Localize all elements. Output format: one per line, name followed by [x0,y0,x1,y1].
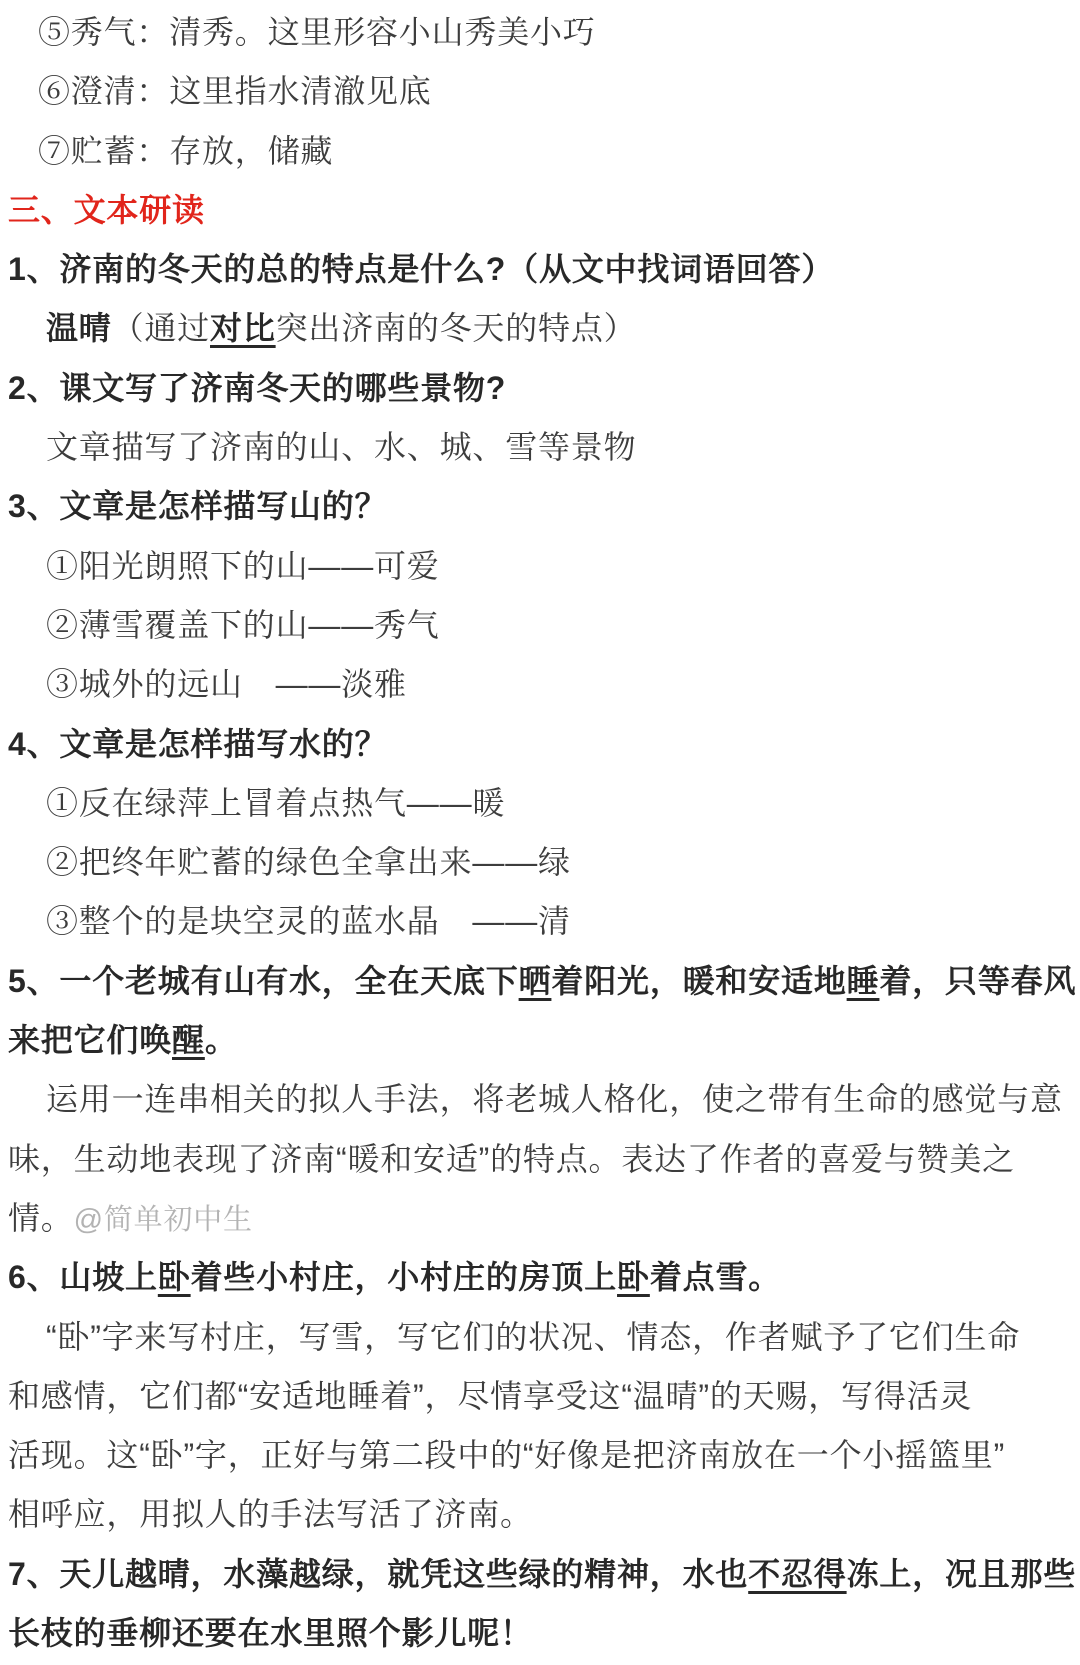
text-segment: 突出济南的冬天的特点） [276,310,637,346]
text-segment: 6、山坡上 [8,1259,158,1295]
gloss-item-5: ⑤秀气：清秀。这里形容小山秀美小巧 [0,3,1080,62]
text-segment: 2、课文写了济南冬天的哪些景物? [8,370,506,406]
gloss-item-6: ⑥澄清：这里指水清澈见底 [0,62,1080,121]
text-segment: 着些小村庄，小村庄的房顶上 [191,1259,617,1295]
text-segment: 着阳光，暖和安适地 [551,963,846,999]
text-segment: 温晴 [46,310,112,346]
text-segment: 三、文本研读 [8,192,205,228]
text-segment: 着点雪。 [650,1259,781,1295]
text-segment: 醒 [172,1022,205,1058]
section-heading: 三、文本研读 [0,181,1080,240]
text-segment: 3、文章是怎样描写山的？ [8,488,387,524]
text-segment: ③城外的远山 ——淡雅 [46,666,407,702]
text-segment: （通过 [112,310,210,346]
text-segment: 味，生动地表现了济南“暖和安适”的特点。表达了作者的喜爱与赞美之 [8,1141,1015,1177]
question-6: 6、山坡上卧着些小村庄，小村庄的房顶上卧着点雪。 [0,1248,1080,1307]
text-segment: 活现。这“卧”字，正好与第二段中的“好像是把济南放在一个小摇篮里” [8,1437,1005,1473]
answer-6-line-1: “卧”字来写村庄，写雪，写它们的状况、情态，作者赋予了它们生命 [0,1308,1080,1367]
answer-3-item-3: ③城外的远山 ——淡雅 [0,655,1080,714]
text-segment: 运用一连串相关的拟人手法，将老城人格化，使之带有生命的感觉与意 [46,1081,1063,1117]
answer-6-line-2: 和感情，它们都“安适地睡着”，尽情享受这“温晴”的天赐，写得活灵 [0,1367,1080,1426]
answer-3-item-2: ②薄雪覆盖下的山——秀气 [0,596,1080,655]
text-segment: 5、一个老城有山有水，全在天底下 [8,963,519,999]
text-segment: ②薄雪覆盖下的山——秀气 [46,607,440,643]
answer-4-item-2: ②把终年贮蓄的绿色全拿出来——绿 [0,833,1080,892]
text-segment: ①阳光朗照下的山——可爱 [46,548,440,584]
text-segment: 相呼应，用拟人的手法写活了济南。 [8,1496,533,1532]
text-segment: 冻上，况且那些 [847,1556,1077,1592]
text-segment: 7、天儿越晴，水藻越绿，就凭这些绿的精神，水也 [8,1556,748,1592]
document-body: ⑤秀气：清秀。这里形容小山秀美小巧⑥澄清：这里指水清澈见底⑦贮蓄：存放，储藏三、… [0,0,1080,1663]
question-3: 3、文章是怎样描写山的？ [0,477,1080,536]
answer-5-line-3: 情。@简单初中生 [0,1189,1080,1248]
text-segment: ⑥澄清：这里指水清澈见底 [38,73,432,109]
text-segment: 睡 [847,963,880,999]
text-segment: 长枝的垂柳还要在水里照个影儿呢！ [8,1615,533,1651]
text-segment: “卧”字来写村庄，写雪，写它们的状况、情态，作者赋予了它们生命 [46,1319,1020,1355]
text-segment: ③整个的是块空灵的蓝水晶 ——清 [46,903,571,939]
text-segment: ②把终年贮蓄的绿色全拿出来——绿 [46,844,571,880]
text-segment: 卧 [158,1259,191,1295]
answer-1: 温晴（通过对比突出济南的冬天的特点） [0,299,1080,358]
question-1: 1、济南的冬天的总的特点是什么?（从文中找词语回答） [0,240,1080,299]
answer-4-item-3: ③整个的是块空灵的蓝水晶 ——清 [0,892,1080,951]
text-segment: 不忍得 [748,1556,846,1592]
question-4: 4、文章是怎样描写水的？ [0,715,1080,774]
text-segment: 晒 [519,963,552,999]
text-segment: 4、文章是怎样描写水的？ [8,726,387,762]
gloss-item-7: ⑦贮蓄：存放，储藏 [0,122,1080,181]
text-segment: 着，只等春风 [879,963,1076,999]
text-segment: 和感情，它们都“安适地睡着”，尽情享受这“温晴”的天赐，写得活灵 [8,1378,972,1414]
text-segment: 卧 [617,1259,650,1295]
answer-6-line-4: 相呼应，用拟人的手法写活了济南。 [0,1485,1080,1544]
answer-6-line-3: 活现。这“卧”字，正好与第二段中的“好像是把济南放在一个小摇篮里” [0,1426,1080,1485]
question-5-line-2: 来把它们唤醒。 [0,1011,1080,1070]
answer-2: 文章描写了济南的山、水、城、雪等景物 [0,418,1080,477]
question-7-line-2: 长枝的垂柳还要在水里照个影儿呢！ [0,1604,1080,1663]
text-segment: 情。 [8,1200,74,1236]
text-segment: 对比 [210,310,276,346]
text-segment: ⑦贮蓄：存放，储藏 [38,133,333,169]
answer-5-line-1: 运用一连串相关的拟人手法，将老城人格化，使之带有生命的感觉与意 [0,1070,1080,1129]
question-7-line-1: 7、天儿越晴，水藻越绿，就凭这些绿的精神，水也不忍得冻上，况且那些 [0,1545,1080,1604]
watermark: @简单初中生 [74,1204,253,1236]
question-5-line-1: 5、一个老城有山有水，全在天底下晒着阳光，暖和安适地睡着，只等春风 [0,952,1080,1011]
question-2: 2、课文写了济南冬天的哪些景物? [0,359,1080,418]
answer-5-line-2: 味，生动地表现了济南“暖和安适”的特点。表达了作者的喜爱与赞美之 [0,1130,1080,1189]
text-segment: ⑤秀气：清秀。这里形容小山秀美小巧 [38,14,596,50]
text-segment: 来把它们唤 [8,1022,172,1058]
answer-4-item-1: ①反在绿萍上冒着点热气——暖 [0,774,1080,833]
text-segment: 文章描写了济南的山、水、城、雪等景物 [46,429,636,465]
text-segment: ①反在绿萍上冒着点热气——暖 [46,785,505,821]
text-segment: 。 [205,1022,238,1058]
text-segment: 1、济南的冬天的总的特点是什么?（从文中找词语回答） [8,251,834,287]
answer-3-item-1: ①阳光朗照下的山——可爱 [0,537,1080,596]
